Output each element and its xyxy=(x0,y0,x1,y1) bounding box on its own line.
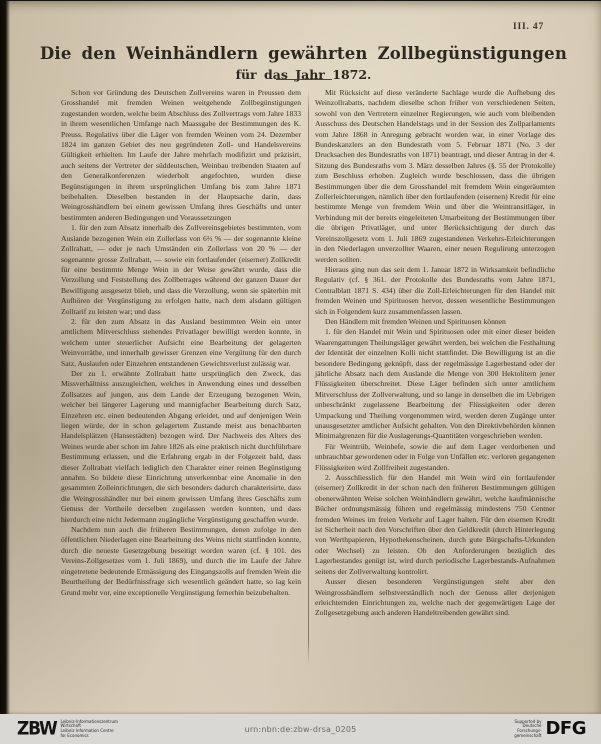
paper-sheet: III. 47 Die den Weinhändlern gewährten Z… xyxy=(6,1,601,744)
column-divider-rule xyxy=(308,90,309,664)
paragraph: Hieraus ging nun das seit dem 1. Januar … xyxy=(315,265,555,317)
paragraph: 1. für den zum Absatz innerhalb des Zoll… xyxy=(61,223,301,317)
archive-footer-bar: ZBW Leibniz-Informationszentrum Wirtscha… xyxy=(0,714,601,744)
paragraph: Der zu 1. erwähnte Zollrabatt hatte ursp… xyxy=(61,369,301,525)
page-number: III. 47 xyxy=(513,22,544,32)
scanned-document-page: III. 47 Die den Weinhändlern gewährten Z… xyxy=(0,0,601,744)
title-divider-rule xyxy=(276,79,332,80)
paragraph: Mit Rücksicht auf diese veränderte Sachl… xyxy=(315,88,555,265)
left-column: Schon vor Gründung des Deutschen Zollver… xyxy=(61,88,301,670)
document-subtitle: für das Jahr 1872. xyxy=(36,67,571,82)
urn-identifier: urn:nbn:de:zbw-drsa_0205 xyxy=(0,725,601,734)
paragraph: Ausser diesen besonderen Vergünstigungen… xyxy=(315,577,555,619)
paragraph: Den Händlern mit fremden Weinen und Spir… xyxy=(315,317,555,327)
document-title: Die den Weinhändlern gewährten Zollbegün… xyxy=(36,44,571,63)
paragraph: Nachdem nun auch die früheren Bestimmung… xyxy=(61,525,301,598)
paragraph: Für Weintrüb, Weinhefe, sowie die auf de… xyxy=(315,442,555,473)
paragraph: 1. für den Handel mit Wein und Spirituos… xyxy=(315,327,555,441)
text-columns: Schon vor Gründung des Deutschen Zollver… xyxy=(61,88,555,670)
binding-shadow-edge xyxy=(0,0,10,744)
paragraph: 2. für den zum Absatz in das Ausland bes… xyxy=(61,317,301,369)
paragraph: 2. Ausschliesslich für den Handel mit We… xyxy=(315,473,555,577)
right-column: Mit Rücksicht auf diese veränderte Sachl… xyxy=(315,88,555,670)
paragraph: Schon vor Gründung des Deutschen Zollver… xyxy=(61,88,301,223)
